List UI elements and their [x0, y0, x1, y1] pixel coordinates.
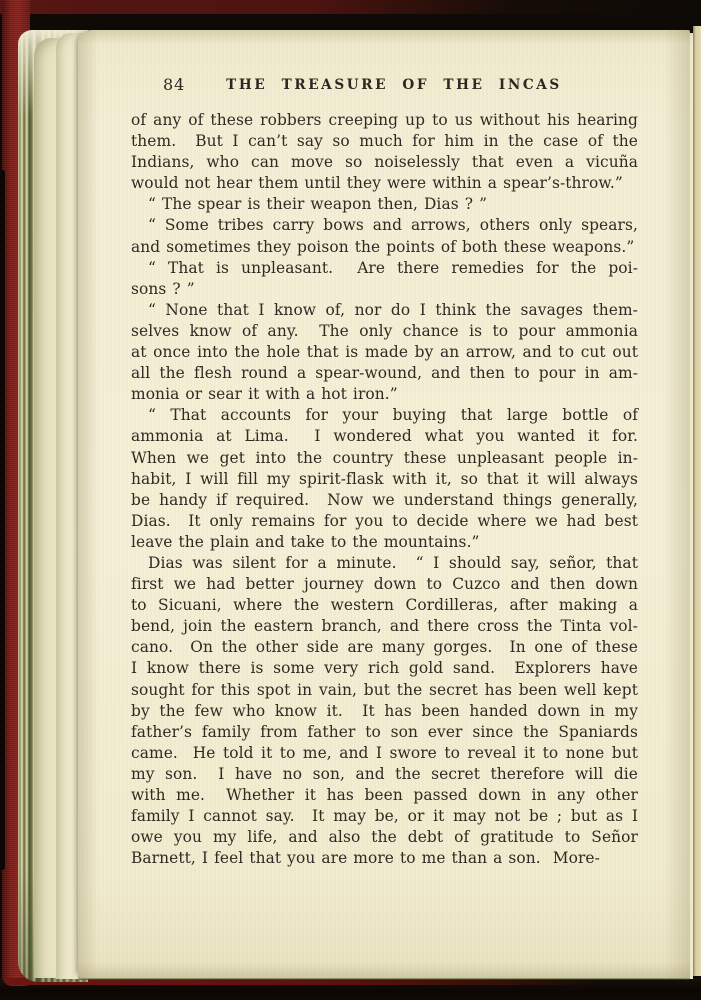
- text-block: of any of these robbers creeping up to u…: [131, 110, 638, 869]
- text-line: them. But I can’t say so much for him in…: [131, 131, 638, 152]
- text-line: came. He told it to me, and I swore to r…: [131, 743, 638, 764]
- paragraph: of any of these robbers creeping up to u…: [131, 110, 638, 194]
- text-line: I know there is some very rich gold sand…: [131, 658, 638, 679]
- text-line: bend, join the eastern branch, and there…: [131, 616, 638, 637]
- text-line: sought for this spot in vain, but the se…: [131, 680, 638, 701]
- paragraph: “ The spear is their weapon then, Dias ?…: [131, 194, 638, 215]
- text-line: to Sicuani, where the western Cordillera…: [131, 595, 638, 616]
- book-page: 84 THE TREASURE OF THE INCAS of any of t…: [78, 30, 690, 978]
- text-line: my son. I have no son, and the secret th…: [131, 764, 638, 785]
- paragraph: “ None that I know of, nor do I think th…: [131, 300, 638, 405]
- text-line: habit, I will fill my spirit-flask with …: [131, 469, 638, 490]
- text-line: by the few who know it. It has been hand…: [131, 701, 638, 722]
- scan-background-top: [0, 0, 701, 14]
- text-line: ammonia at Lima. I wondered what you wan…: [131, 426, 638, 447]
- text-line: be handy if required. Now we understand …: [131, 490, 638, 511]
- text-line: owe you my life, and also the debt of gr…: [131, 827, 638, 848]
- text-line: leave the plain and take to the mountain…: [131, 532, 638, 553]
- text-line: with me. Whether it has been passed down…: [131, 785, 638, 806]
- text-line: “ None that I know of, nor do I think th…: [131, 300, 638, 321]
- text-line: father’s family from father to son ever …: [131, 722, 638, 743]
- text-line: all the flesh round a spear-wound, and t…: [131, 363, 638, 384]
- text-line: “ That accounts for your buying that lar…: [131, 405, 638, 426]
- text-line: Barnett, I feel that you are more to me …: [131, 848, 638, 869]
- text-line: and sometimes they poison the points of …: [131, 237, 638, 258]
- book-cover-bottom: [6, 978, 596, 985]
- text-line: of any of these robbers creeping up to u…: [131, 110, 638, 131]
- text-line: sons ? ”: [131, 279, 638, 300]
- text-line: first we had better journey down to Cuzc…: [131, 574, 638, 595]
- text-line: “ The spear is their weapon then, Dias ?…: [131, 194, 638, 215]
- text-line: selves know of any. The only chance is t…: [131, 321, 638, 342]
- text-line: family I cannot say. It may be, or it ma…: [131, 806, 638, 827]
- text-line: “ Some tribes carry bows and arrows, oth…: [131, 215, 638, 236]
- paragraph: “ That accounts for your buying that lar…: [131, 405, 638, 553]
- paragraph: Dias was silent for a minute. “ I should…: [131, 553, 638, 869]
- text-line: monia or sear it with a hot iron.”: [131, 384, 638, 405]
- text-line: “ That is unpleasant. Are there remedies…: [131, 258, 638, 279]
- paragraph: “ That is unpleasant. Are there remedies…: [131, 258, 638, 300]
- text-line: at once into the hole that is made by an…: [131, 342, 638, 363]
- text-line: Indians, who can move so noiselessly tha…: [131, 152, 638, 173]
- text-line: Dias. It only remains for you to decide …: [131, 511, 638, 532]
- text-line: would not hear them until they were with…: [131, 173, 638, 194]
- text-line: Dias was silent for a minute. “ I should…: [131, 553, 638, 574]
- text-line: cano. On the other side are many gorges.…: [131, 637, 638, 658]
- text-line: When we get into the country these unple…: [131, 448, 638, 469]
- running-title: THE TREASURE OF THE INCAS: [118, 77, 670, 93]
- book-cover-shadow: [0, 170, 5, 870]
- facing-page-edge: [693, 26, 701, 976]
- paragraph: “ Some tribes carry bows and arrows, oth…: [131, 215, 638, 257]
